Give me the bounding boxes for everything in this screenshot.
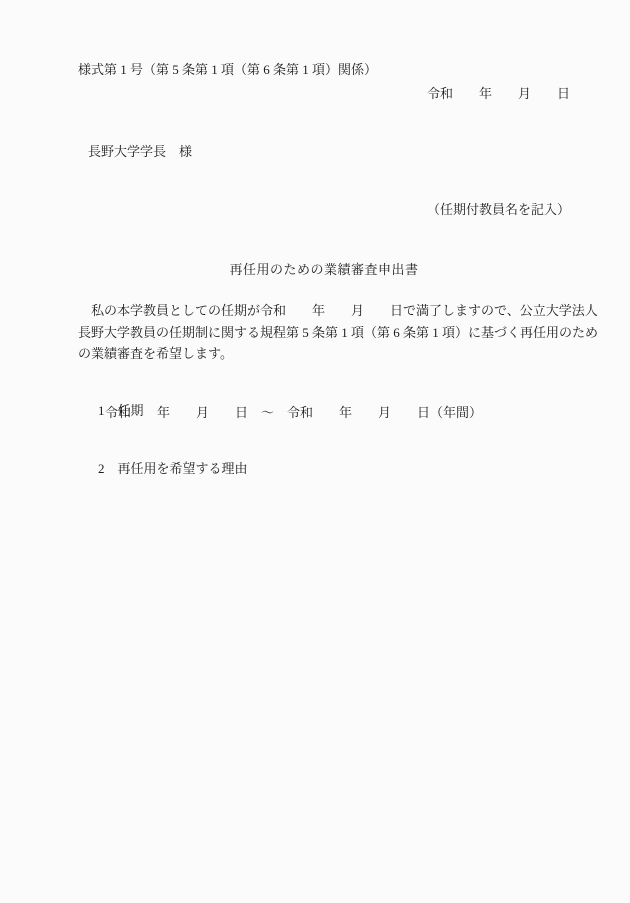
paragraph-line: 長野大学教員の任期制に関する規程第 5 条第 1 項（第 6 条第 1 項）に基… (78, 322, 574, 344)
paragraph-line: の業績審査を希望します。 (78, 343, 574, 365)
section-1-number: 1 (98, 401, 105, 421)
signer-name-note: （任期付教員名を記入） (78, 200, 570, 220)
document-title: 再任用のための業績審査申出書 (78, 260, 570, 280)
section-2-number: 2 (98, 459, 105, 479)
section-2-title: 再任用を希望する理由 (118, 459, 248, 479)
section-2-heading: 2再任用を希望する理由 (85, 439, 248, 499)
document-page: 様式第 1 号（第 5 条第 1 項（第 6 条第 1 項）関係） 令和 年 月… (0, 0, 630, 903)
addressee-line: 長野大学学長 様 (88, 142, 192, 162)
section-1-term-dates: 令和 年 月 日 〜 令和 年 月 日（年間） (105, 403, 482, 423)
date-line: 令和 年 月 日 (78, 84, 570, 104)
paragraph-line: 私の本学教員としての任期が令和 年 月 日で満了しますので、公立大学法人 (78, 300, 574, 322)
body-paragraph: 私の本学教員としての任期が令和 年 月 日で満了しますので、公立大学法人 長野大… (78, 300, 574, 365)
form-number-line: 様式第 1 号（第 5 条第 1 項（第 6 条第 1 項）関係） (78, 60, 377, 80)
